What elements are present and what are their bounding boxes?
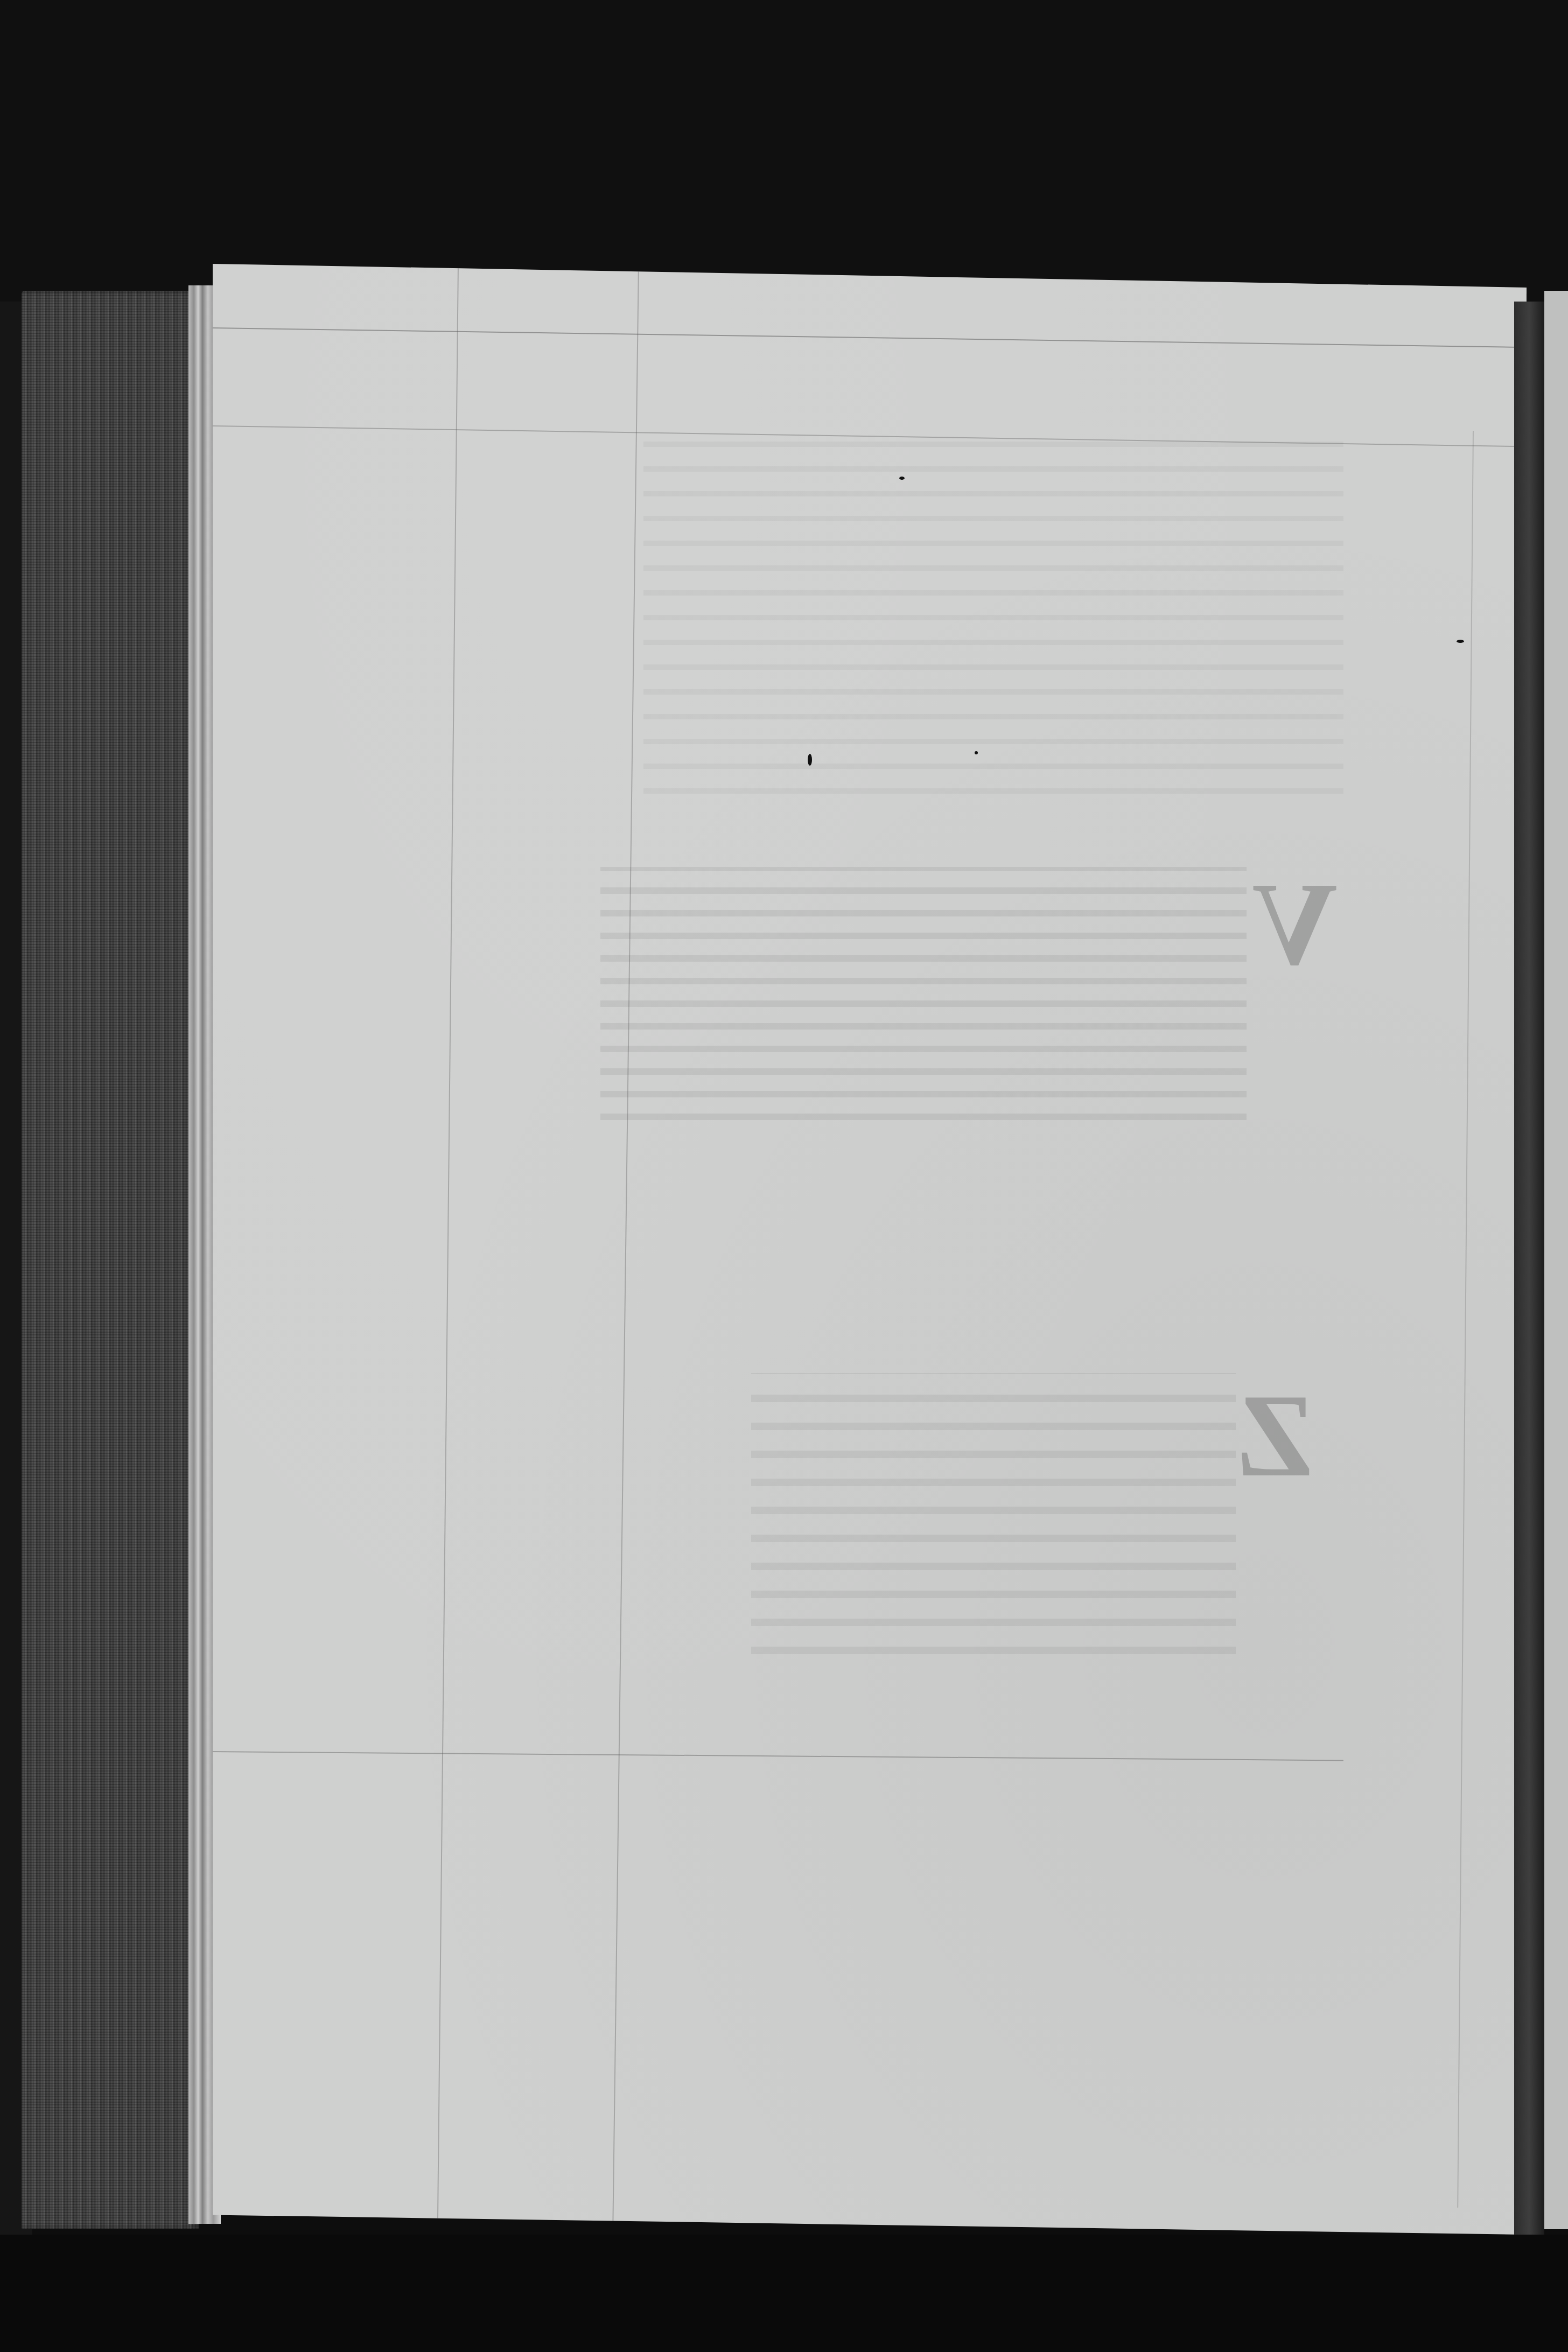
lower-rule: [213, 1751, 1343, 1761]
film-border-top: [0, 0, 1568, 302]
bleed-initial-v: V: [1252, 856, 1338, 992]
bleed-block-lower: [751, 1373, 1236, 1675]
ledger-page: V Z: [213, 264, 1527, 2235]
dust-speck: [1457, 640, 1464, 643]
facing-page-edge: [1544, 291, 1568, 2229]
dust-speck: [899, 477, 905, 480]
binding-gutter: [1514, 302, 1544, 2240]
bleed-block-top: [643, 436, 1343, 813]
column-rule-1: [437, 264, 459, 2224]
bleed-block-upper: [600, 867, 1247, 1136]
dust-speck: [975, 751, 978, 754]
bleed-initial-z: Z: [1236, 1368, 1315, 1504]
top-rule: [213, 327, 1527, 348]
book-fore-edge: [22, 291, 199, 2229]
dust-speck: [808, 754, 812, 766]
film-border-bottom: [0, 2235, 1568, 2352]
column-rule-3: [1457, 431, 1474, 2208]
column-rule-2: [612, 264, 639, 2224]
